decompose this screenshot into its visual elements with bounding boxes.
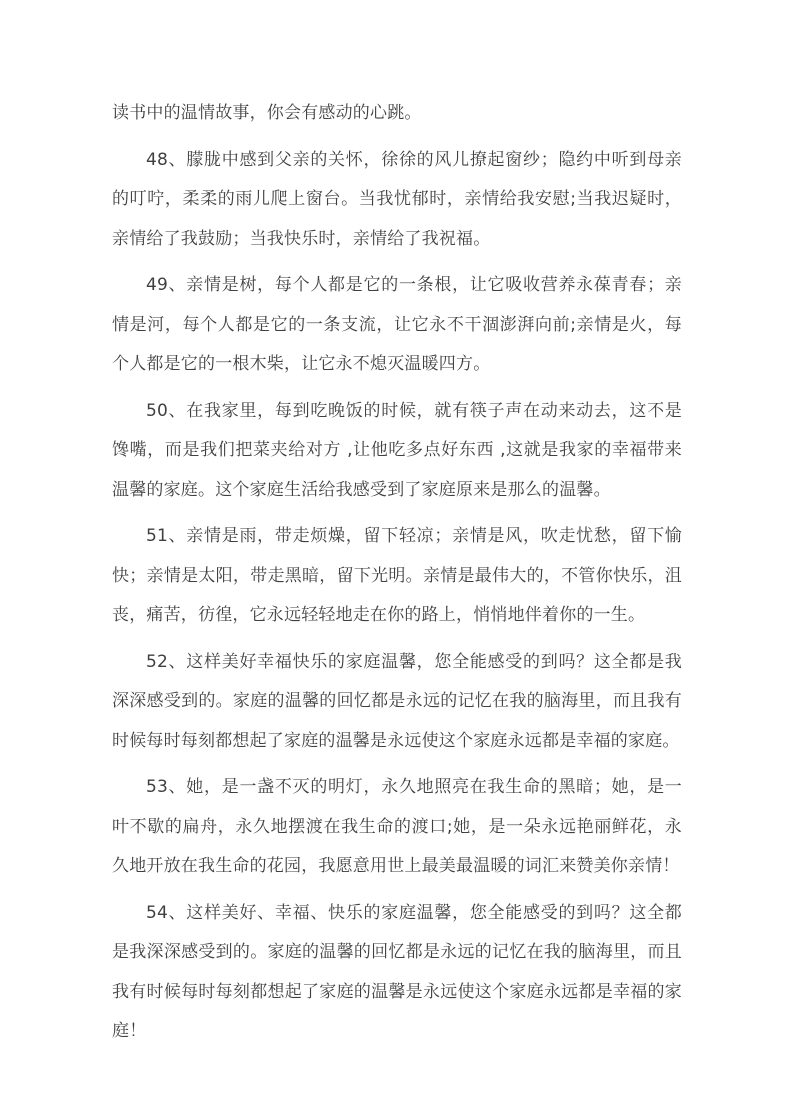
paragraph-48: 48、朦胧中感到父亲的关怀，徐徐的风儿撩起窗纱；隐约中听到母亲的叮咛，柔柔的雨儿…: [112, 141, 682, 260]
paragraph-47-continuation: 读书中的温情故事，你会有感动的心跳。: [112, 94, 682, 134]
paragraph-53: 53、她，是一盏不灭的明灯，永久地照亮在我生命的黑暗；她，是一叶不歇的扁舟，永久…: [112, 768, 682, 887]
paragraph-52: 52、这样美好幸福快乐的家庭温馨，您全能感受的到吗？这全都是我深深感受到的。家庭…: [112, 643, 682, 762]
document-page: 读书中的温情故事，你会有感动的心跳。 48、朦胧中感到父亲的关怀，徐徐的风儿撩起…: [0, 0, 792, 1120]
paragraph-50: 50、在我家里，每到吃晚饭的时候，就有筷子声在动来动去，这不是馋嘴，而是我们把菜…: [112, 392, 682, 511]
paragraph-54: 54、这样美好、幸福、快乐的家庭温馨，您全能感受的到吗？这全都是我深深感受到的。…: [112, 894, 682, 1052]
paragraph-49: 49、亲情是树，每个人都是它的一条根，让它吸收营养永葆青春；亲情是河，每个人都是…: [112, 266, 682, 385]
paragraph-51: 51、亲情是雨，带走烦燥，留下轻凉；亲情是风，吹走忧愁，留下愉快；亲情是太阳，带…: [112, 517, 682, 636]
